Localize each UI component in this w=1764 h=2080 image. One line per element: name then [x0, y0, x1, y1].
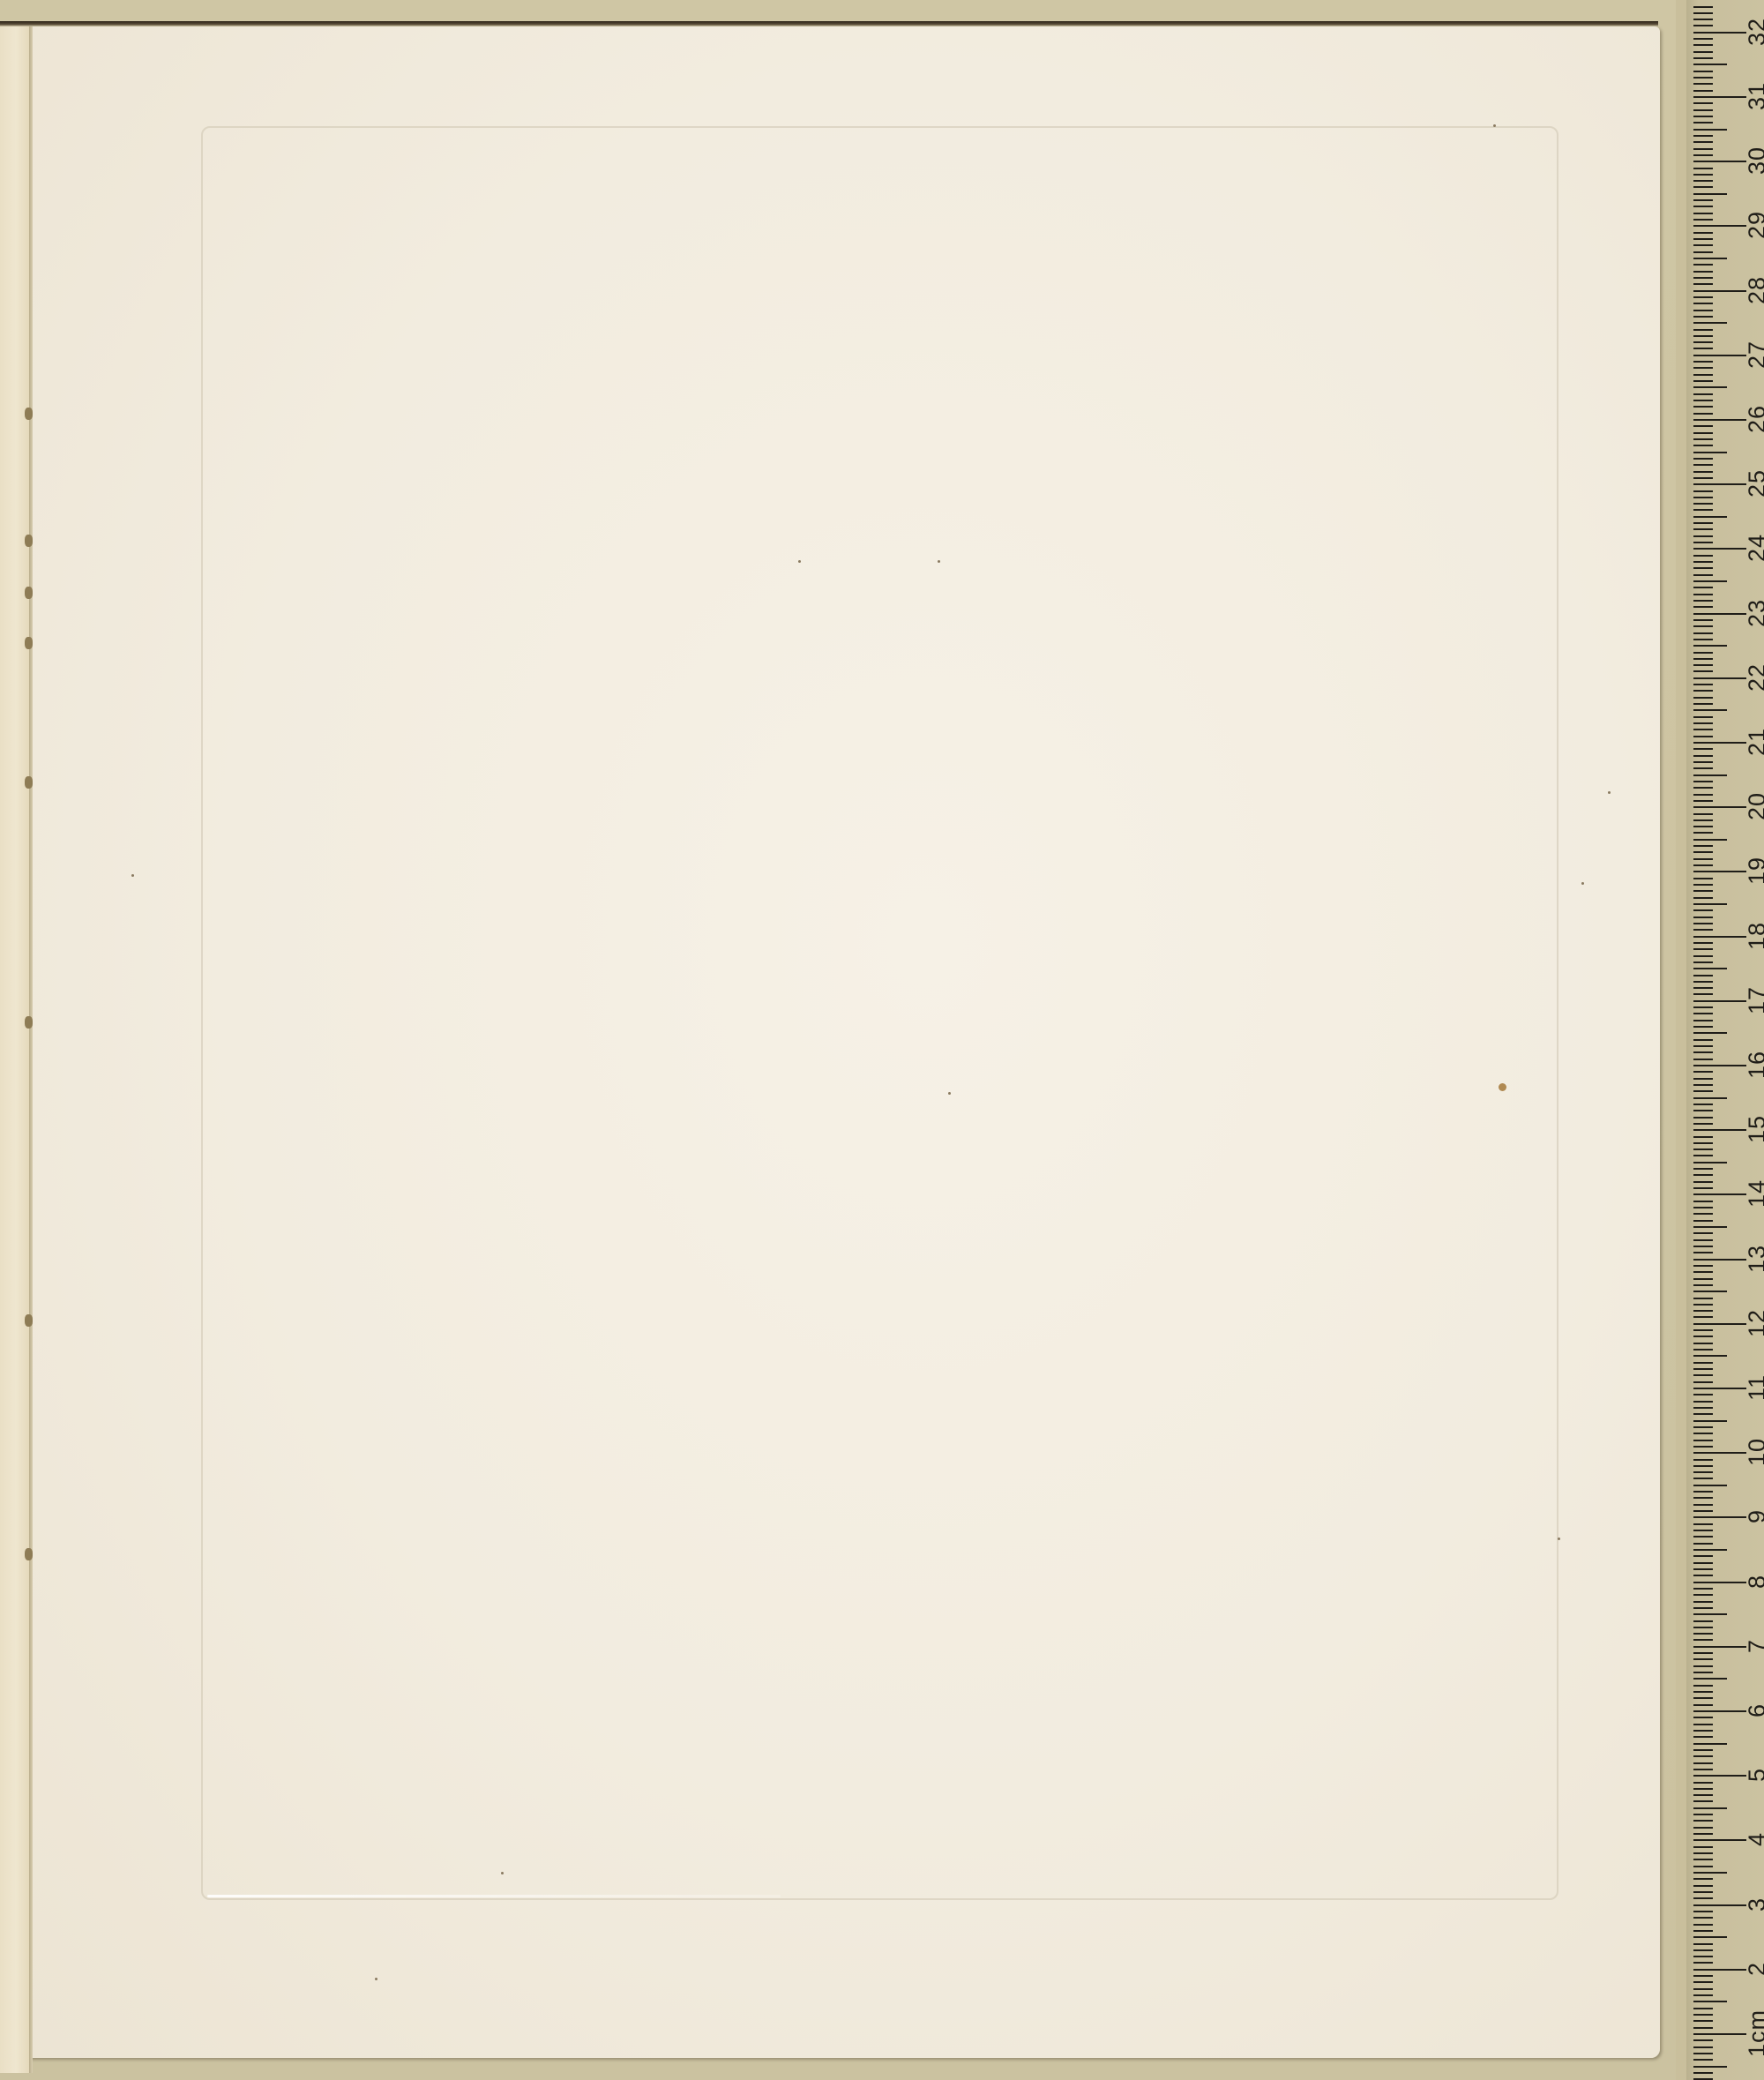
ruler-tick — [1693, 755, 1713, 757]
ruler-tick — [1693, 1459, 1713, 1461]
ruler-label: 27 — [1745, 337, 1764, 372]
ruler-tick — [1693, 12, 1713, 14]
ruler-tick — [1693, 613, 1746, 615]
binding-stitch — [25, 408, 33, 420]
ruler-tick — [1693, 1298, 1713, 1299]
ruler-label: 20 — [1745, 789, 1764, 824]
plate-mark-border — [201, 126, 1558, 1900]
ruler-tick — [1693, 57, 1713, 59]
ruler-tick — [1693, 322, 1727, 324]
ruler-tick — [1693, 1575, 1713, 1576]
ruler-tick — [1693, 348, 1713, 349]
ruler-tick — [1693, 452, 1727, 453]
ruler-label: 25 — [1745, 466, 1764, 501]
ruler-tick — [1693, 25, 1713, 26]
ruler-tick — [1693, 1246, 1713, 1247]
ruler-tick — [1693, 1956, 1713, 1957]
ruler-tick — [1693, 975, 1713, 976]
ruler-tick — [1693, 664, 1713, 666]
ruler-tick — [1693, 767, 1713, 769]
ruler-tick — [1693, 580, 1727, 582]
ruler-tick — [1693, 1814, 1713, 1815]
ruler-tick — [1693, 748, 1713, 750]
ruler-label: 4 — [1745, 1822, 1764, 1857]
ruler-tick — [1693, 154, 1713, 156]
ruler-tick — [1693, 1555, 1713, 1557]
ruler-tick — [1693, 51, 1713, 53]
ruler-tick — [1693, 264, 1713, 266]
binding-stitch — [25, 776, 33, 789]
ruler-tick — [1693, 1291, 1727, 1292]
ruler-label: 12 — [1745, 1306, 1764, 1341]
ruler-tick — [1693, 1485, 1727, 1486]
ruler-label: 14 — [1745, 1176, 1764, 1211]
ruler-tick — [1693, 1717, 1713, 1718]
ruler-tick — [1693, 1504, 1713, 1506]
ruler-tick — [1693, 1936, 1727, 1938]
ruler-label: 19 — [1745, 853, 1764, 888]
ruler-tick — [1693, 1943, 1713, 1945]
ruler-tick — [1693, 690, 1713, 692]
ruler-tick — [1693, 826, 1713, 827]
ruler-label: 24 — [1745, 530, 1764, 565]
ruler-tick — [1693, 1627, 1713, 1628]
ruler-tick — [1693, 1201, 1713, 1202]
ruler-tick — [1693, 619, 1713, 621]
ruler-label: 5 — [1745, 1757, 1764, 1792]
ruler-tick — [1693, 19, 1713, 20]
ruler-tick — [1693, 1168, 1713, 1170]
ruler-label: 3 — [1745, 1887, 1764, 1922]
ruler-label: 11 — [1745, 1370, 1764, 1405]
ruler-tick — [1693, 296, 1713, 298]
ruler-tick — [1693, 1433, 1713, 1434]
ruler-tick — [1693, 1613, 1727, 1615]
ruler-tick — [1693, 1213, 1713, 1215]
ruler-tick — [1693, 652, 1713, 654]
ruler-tick — [1693, 232, 1713, 234]
paper-speck — [375, 1978, 377, 1980]
ruler-tick — [1693, 1336, 1713, 1337]
ruler-tick — [1693, 406, 1713, 408]
ruler-tick — [1693, 987, 1713, 989]
ruler-tick — [1693, 1446, 1713, 1448]
measurement-ruler: 1cm2345678910111213141516171819202122232… — [1686, 0, 1764, 2080]
ruler-tick — [1693, 1658, 1713, 1660]
ruler-tick — [1693, 497, 1713, 498]
ruler-tick — [1693, 851, 1713, 853]
ruler-tick — [1693, 1523, 1713, 1525]
ruler-tick — [1693, 955, 1713, 957]
ruler-tick — [1693, 516, 1727, 518]
ruler-tick — [1693, 729, 1713, 730]
ruler-tick — [1693, 1310, 1713, 1312]
ruler-label: 1cm — [1745, 2005, 1764, 2061]
ruler-tick — [1693, 393, 1713, 395]
ruler-tick — [1693, 961, 1713, 963]
ruler-tick — [1693, 1193, 1746, 1195]
ruler-label: 21 — [1745, 724, 1764, 759]
ruler-tick — [1693, 425, 1713, 427]
ruler-tick — [1693, 1588, 1713, 1590]
ruler-tick — [1693, 1026, 1713, 1028]
ruler-tick — [1693, 329, 1713, 331]
binding-gutter-line — [29, 26, 33, 2073]
ruler-tick — [1693, 600, 1713, 602]
book-page — [26, 26, 1660, 2058]
ruler-tick — [1693, 1148, 1713, 1150]
ruler-tick — [1693, 703, 1713, 705]
ruler-tick — [1693, 736, 1713, 737]
ruler-tick — [1693, 1846, 1713, 1848]
ruler-tick — [1693, 1129, 1746, 1131]
ruler-tick — [1693, 1672, 1713, 1673]
ruler-label: 32 — [1745, 14, 1764, 49]
ruler-tick — [1693, 44, 1713, 46]
ruler-tick — [1693, 587, 1713, 588]
ruler-tick — [1693, 1582, 1746, 1583]
ruler-tick — [1693, 917, 1713, 918]
ruler-tick — [1693, 2033, 1746, 2035]
ruler-tick — [1693, 606, 1713, 608]
ruler-tick — [1693, 1530, 1713, 1531]
ruler-tick — [1693, 367, 1713, 369]
ruler-tick — [1693, 1620, 1713, 1622]
ruler-tick — [1693, 1807, 1727, 1809]
ruler-tick — [1693, 380, 1713, 382]
ruler-tick — [1693, 316, 1713, 318]
ruler-tick — [1693, 161, 1746, 162]
foxing-spot — [1499, 1083, 1506, 1091]
ruler-tick — [1693, 303, 1713, 304]
ruler-tick — [1693, 2001, 1727, 2002]
ruler-tick — [1693, 32, 1746, 34]
ruler-tick — [1693, 2053, 1713, 2054]
ruler-tick — [1693, 1329, 1713, 1331]
ruler-tick — [1693, 2027, 1713, 2029]
ruler-tick — [1693, 781, 1713, 782]
ruler-tick — [1693, 548, 1746, 550]
ruler-tick — [1693, 1691, 1713, 1693]
ruler-tick — [1693, 168, 1713, 169]
ruler-tick — [1693, 2039, 1713, 2041]
ruler-tick — [1693, 1794, 1713, 1796]
ruler-tick — [1693, 528, 1713, 530]
ruler-tick — [1693, 1232, 1713, 1234]
ruler-tick — [1693, 936, 1746, 938]
ruler-tick — [1693, 1059, 1713, 1060]
ruler-tick — [1693, 1885, 1713, 1887]
ruler-tick — [1693, 109, 1713, 111]
ruler-tick — [1693, 903, 1727, 905]
ruler-tick — [1693, 1568, 1713, 1570]
ruler-tick — [1693, 258, 1727, 259]
ruler-tick — [1693, 1685, 1713, 1687]
ruler-tick — [1693, 1187, 1713, 1189]
ruler-tick — [1693, 1924, 1713, 1926]
ruler-tick — [1693, 180, 1713, 182]
ruler-tick — [1693, 83, 1713, 85]
ruler-tick — [1693, 1349, 1713, 1351]
ruler-tick — [1693, 1897, 1713, 1899]
ruler-tick — [1693, 1478, 1713, 1479]
ruler-tick — [1693, 1646, 1746, 1648]
ruler-tick — [1693, 670, 1713, 672]
ruler-tick — [1693, 2046, 1713, 2048]
paper-speck — [1493, 124, 1496, 127]
ruler-tick — [1693, 1736, 1713, 1738]
ruler-tick — [1693, 1401, 1713, 1403]
ruler-tick — [1693, 193, 1727, 195]
ruler-label: 13 — [1745, 1241, 1764, 1276]
ruler-label: 18 — [1745, 918, 1764, 954]
ruler-tick — [1693, 1607, 1713, 1609]
paper-speck — [501, 1872, 504, 1874]
ruler-tick — [1693, 1174, 1713, 1176]
ruler-tick — [1693, 864, 1713, 866]
ruler-tick — [1693, 186, 1713, 188]
ruler-tick — [1693, 96, 1746, 98]
ruler-tick — [1693, 64, 1727, 65]
ruler-tick — [1693, 1343, 1713, 1344]
ruler-tick — [1693, 1045, 1713, 1047]
ruler-tick — [1693, 2066, 1727, 2068]
ruler-tick — [1693, 1381, 1713, 1383]
ruler-tick — [1693, 290, 1746, 292]
ruler-tick — [1693, 1562, 1713, 1564]
ruler-tick — [1693, 277, 1713, 279]
ruler-tick — [1693, 1142, 1713, 1144]
ruler-tick — [1693, 942, 1713, 944]
ruler-tick — [1693, 2059, 1713, 2061]
ruler-tick — [1693, 122, 1713, 123]
ruler-tick — [1693, 1304, 1713, 1306]
ruler-tick — [1693, 1440, 1713, 1441]
ruler-tick — [1693, 1866, 1713, 1867]
ruler-tick — [1693, 219, 1713, 221]
ruler-tick — [1693, 1743, 1727, 1745]
ruler-tick — [1693, 1259, 1746, 1261]
ruler-tick — [1693, 594, 1713, 595]
paper-speck — [948, 1092, 951, 1095]
ruler-tick — [1693, 981, 1713, 983]
ruler-tick — [1693, 1872, 1727, 1874]
binding-stitch — [25, 587, 33, 599]
ruler-tick — [1693, 1775, 1746, 1777]
ruler-tick — [1693, 199, 1713, 201]
ruler-tick — [1693, 1510, 1713, 1512]
ruler-tick — [1693, 1601, 1713, 1603]
ruler-tick — [1693, 1549, 1727, 1551]
ruler-tick — [1693, 386, 1727, 388]
ruler-label: 31 — [1745, 79, 1764, 114]
ruler-tick — [1693, 135, 1713, 137]
ruler-tick — [1693, 774, 1727, 776]
ruler-tick — [1693, 206, 1713, 207]
ruler-tick — [1693, 438, 1713, 440]
ruler-tick — [1693, 929, 1713, 931]
ruler-tick — [1693, 1123, 1713, 1125]
ruler-tick — [1693, 2072, 1713, 2074]
ruler-tick — [1693, 1704, 1713, 1706]
ruler-tick — [1693, 839, 1727, 841]
ruler-tick — [1693, 102, 1713, 104]
ruler-tick — [1693, 310, 1713, 311]
ruler-tick — [1693, 1891, 1713, 1893]
ruler-tick — [1693, 1465, 1713, 1467]
ruler-tick — [1693, 897, 1713, 899]
ruler-tick — [1693, 2014, 1713, 2016]
ruler-tick — [1693, 567, 1713, 569]
ruler-tick — [1693, 1755, 1713, 1757]
ruler-tick — [1693, 1413, 1713, 1415]
ruler-tick — [1693, 522, 1713, 524]
ruler-label: 22 — [1745, 660, 1764, 695]
ruler-tick — [1693, 968, 1727, 969]
ruler-tick — [1693, 722, 1713, 724]
ruler-tick — [1693, 1020, 1713, 1021]
ruler-tick — [1693, 90, 1713, 92]
ruler-tick — [1693, 761, 1713, 763]
ruler-tick — [1693, 1633, 1713, 1635]
ruler-tick — [1693, 490, 1713, 492]
ruler-tick — [1693, 1265, 1713, 1267]
ruler-tick — [1693, 1652, 1713, 1654]
ruler-tick — [1693, 1665, 1713, 1667]
ruler-tick — [1693, 1491, 1713, 1493]
ruler-tick — [1693, 1904, 1746, 1906]
ruler-tick — [1693, 1006, 1713, 1008]
ruler-label: 8 — [1745, 1564, 1764, 1599]
ruler-tick — [1693, 458, 1713, 460]
ruler-tick — [1693, 419, 1746, 421]
ruler-tick — [1693, 1181, 1713, 1183]
ruler-label: 29 — [1745, 207, 1764, 243]
binding-stitch — [25, 535, 33, 547]
ruler-label: 26 — [1745, 401, 1764, 437]
ruler-tick — [1693, 1407, 1713, 1409]
ruler-tick — [1693, 813, 1713, 815]
ruler-tick — [1693, 684, 1713, 685]
ruler-tick — [1693, 832, 1713, 834]
ruler-tick — [1693, 225, 1746, 227]
ruler-tick — [1693, 1239, 1713, 1241]
ruler-tick — [1693, 464, 1713, 466]
ruler-tick — [1693, 2008, 1713, 2009]
ruler-tick — [1693, 542, 1713, 543]
ruler-tick — [1693, 1226, 1727, 1228]
ruler-tick — [1693, 1355, 1727, 1357]
ruler-tick — [1693, 1117, 1713, 1119]
ruler-tick — [1693, 1220, 1713, 1222]
ruler-tick — [1693, 271, 1713, 273]
ruler-tick — [1693, 1975, 1713, 1977]
ruler-tick — [1693, 1426, 1713, 1428]
ruler-tick — [1693, 806, 1746, 808]
ruler-tick — [1693, 1911, 1713, 1912]
ruler-tick — [1693, 1639, 1713, 1641]
ruler-tick — [1693, 1749, 1713, 1751]
ruler-tick — [1693, 148, 1713, 150]
paper-speck — [131, 874, 134, 877]
paper-crease — [207, 1895, 781, 1897]
binding-stitch — [25, 1314, 33, 1327]
ruler-tick — [1693, 1852, 1713, 1854]
ruler-tick — [1693, 174, 1713, 176]
ruler-tick — [1693, 1930, 1713, 1932]
ruler-tick — [1693, 413, 1713, 415]
ruler-label: 9 — [1745, 1499, 1764, 1534]
ruler-tick — [1693, 625, 1713, 627]
ruler-tick — [1693, 884, 1713, 886]
ruler-tick — [1693, 1452, 1746, 1454]
ruler-tick — [1693, 1065, 1746, 1066]
ruler-tick — [1693, 77, 1713, 79]
ruler-tick — [1693, 1969, 1746, 1971]
ruler-tick — [1693, 283, 1713, 285]
ruler-tick — [1693, 1859, 1713, 1860]
ruler-label: 2 — [1745, 1951, 1764, 1986]
ruler-label: 17 — [1745, 983, 1764, 1018]
paper-speck — [938, 560, 940, 563]
ruler-tick — [1693, 213, 1713, 214]
ruler-tick — [1693, 1110, 1713, 1111]
ruler-tick — [1693, 645, 1727, 647]
ruler-tick — [1693, 1949, 1713, 1951]
ruler-tick — [1693, 1710, 1746, 1712]
ruler-tick — [1693, 1000, 1746, 1002]
ruler-tick — [1693, 1162, 1727, 1163]
ruler-tick — [1693, 471, 1713, 473]
ruler-tick — [1693, 1252, 1713, 1253]
ruler-tick — [1693, 1394, 1713, 1395]
paper-speck — [1581, 882, 1584, 885]
paper-speck — [798, 560, 801, 563]
ruler-tick — [1693, 1271, 1713, 1273]
ruler-tick — [1693, 993, 1713, 995]
ruler-tick — [1693, 355, 1746, 356]
ruler-tick — [1693, 71, 1713, 72]
ruler-tick — [1693, 1323, 1746, 1325]
ruler-tick — [1693, 1594, 1713, 1596]
ruler-tick — [1693, 819, 1713, 821]
ruler-tick — [1693, 1697, 1713, 1699]
ruler-tick — [1693, 561, 1713, 563]
ruler-tick — [1693, 141, 1713, 143]
ruler-tick — [1693, 244, 1713, 246]
ruler-tick — [1693, 1730, 1713, 1732]
ruler-label: 6 — [1745, 1693, 1764, 1728]
ruler-tick — [1693, 794, 1713, 796]
ruler-tick — [1693, 1374, 1713, 1376]
ruler-tick — [1693, 1078, 1713, 1080]
ruler-tick — [1693, 1039, 1713, 1041]
ruler-label: 28 — [1745, 273, 1764, 308]
binding-spine — [0, 26, 32, 2073]
ruler-tick — [1693, 1155, 1713, 1156]
ruler-tick — [1693, 1362, 1713, 1364]
ruler-tick — [1693, 432, 1713, 434]
ruler-tick — [1693, 1800, 1713, 1802]
ruler-tick — [1693, 909, 1713, 911]
ruler-tick — [1693, 787, 1713, 789]
ruler-tick — [1693, 6, 1713, 8]
ruler-tick — [1693, 1917, 1713, 1919]
ruler-tick — [1693, 1136, 1713, 1138]
ruler-tick — [1693, 483, 1746, 485]
ruler-tick — [1693, 238, 1713, 240]
ruler-tick — [1693, 658, 1713, 660]
